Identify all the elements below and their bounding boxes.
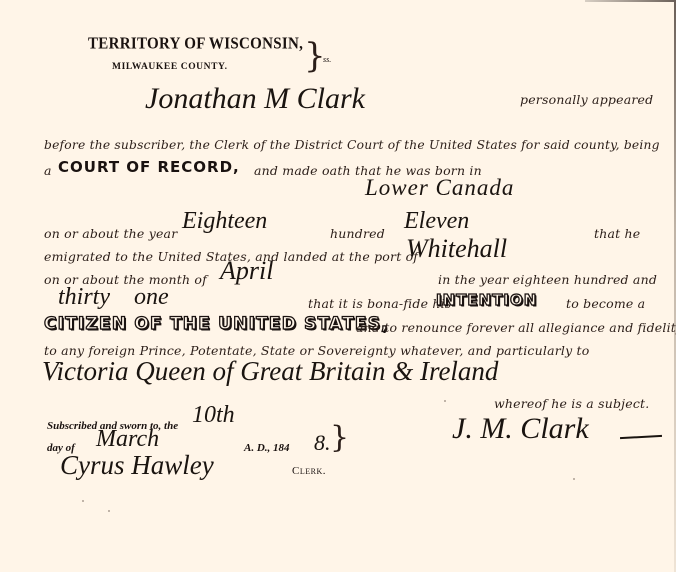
clerk-court-text: before the subscriber, the Clerk of the … [44, 138, 660, 152]
personally-appeared-text: personally appeared [520, 92, 653, 107]
subject-text: whereof he is a subject. [494, 396, 649, 411]
clerk-signature: Cyrus Hawley [60, 450, 214, 481]
jurat-year-digit: 8. [314, 430, 331, 456]
line3-a: a [44, 163, 52, 178]
that-he-text: that he [594, 226, 640, 241]
signature-flourish [620, 435, 662, 439]
applicant-name: Jonathan M Clark [145, 82, 365, 116]
arrival-year-label: in the year eighteen hundred and [438, 272, 657, 287]
birthplace-value: Lower Canada [365, 175, 514, 201]
citizen-heading: CITIZEN OF THE UNITED STATES, [44, 314, 389, 334]
intention-label: INTENTION [436, 291, 537, 309]
birth-year-century: Eighteen [182, 208, 267, 235]
ad-text: A. D., 184 [244, 442, 290, 454]
clerk-label: Clerk. [292, 465, 326, 477]
paper-speck [444, 400, 446, 402]
jurat-day: 10th [192, 402, 235, 429]
naturalization-declaration: TERRITORY OF WISCONSIN, MILWAUKEE COUNTY… [0, 0, 676, 572]
birth-year-rest: Eleven [404, 208, 469, 235]
jurat-month: March [96, 426, 159, 453]
arrival-month: April [220, 256, 273, 286]
territory-title: TERRITORY OF WISCONSIN, [88, 35, 303, 55]
court-of-record: COURT OF RECORD, [58, 158, 240, 176]
year-label: on or about the year [44, 226, 177, 241]
arrival-year-rest: thirty one [58, 284, 169, 311]
jurat-brace: } [330, 420, 349, 455]
renounce-text: and to renounce forever all allegiance a… [356, 320, 676, 335]
county-label: MILWAUKEE COUNTY. [112, 62, 228, 72]
hundred-label: hundred [330, 226, 385, 241]
sovereign-value: Victoria Queen of Great Britain & Irelan… [42, 356, 498, 387]
paper-speck [82, 500, 84, 502]
paper-edge-top [585, 0, 676, 2]
bona-fide-text: that it is bona-fide his [308, 296, 451, 311]
port-value: Whitehall [406, 234, 507, 264]
paper-speck [573, 478, 575, 480]
become-text: to become a [566, 296, 645, 311]
paper-speck [108, 510, 110, 512]
ss-label: ss. [323, 55, 331, 64]
applicant-signature: J. M. Clark [452, 412, 589, 446]
